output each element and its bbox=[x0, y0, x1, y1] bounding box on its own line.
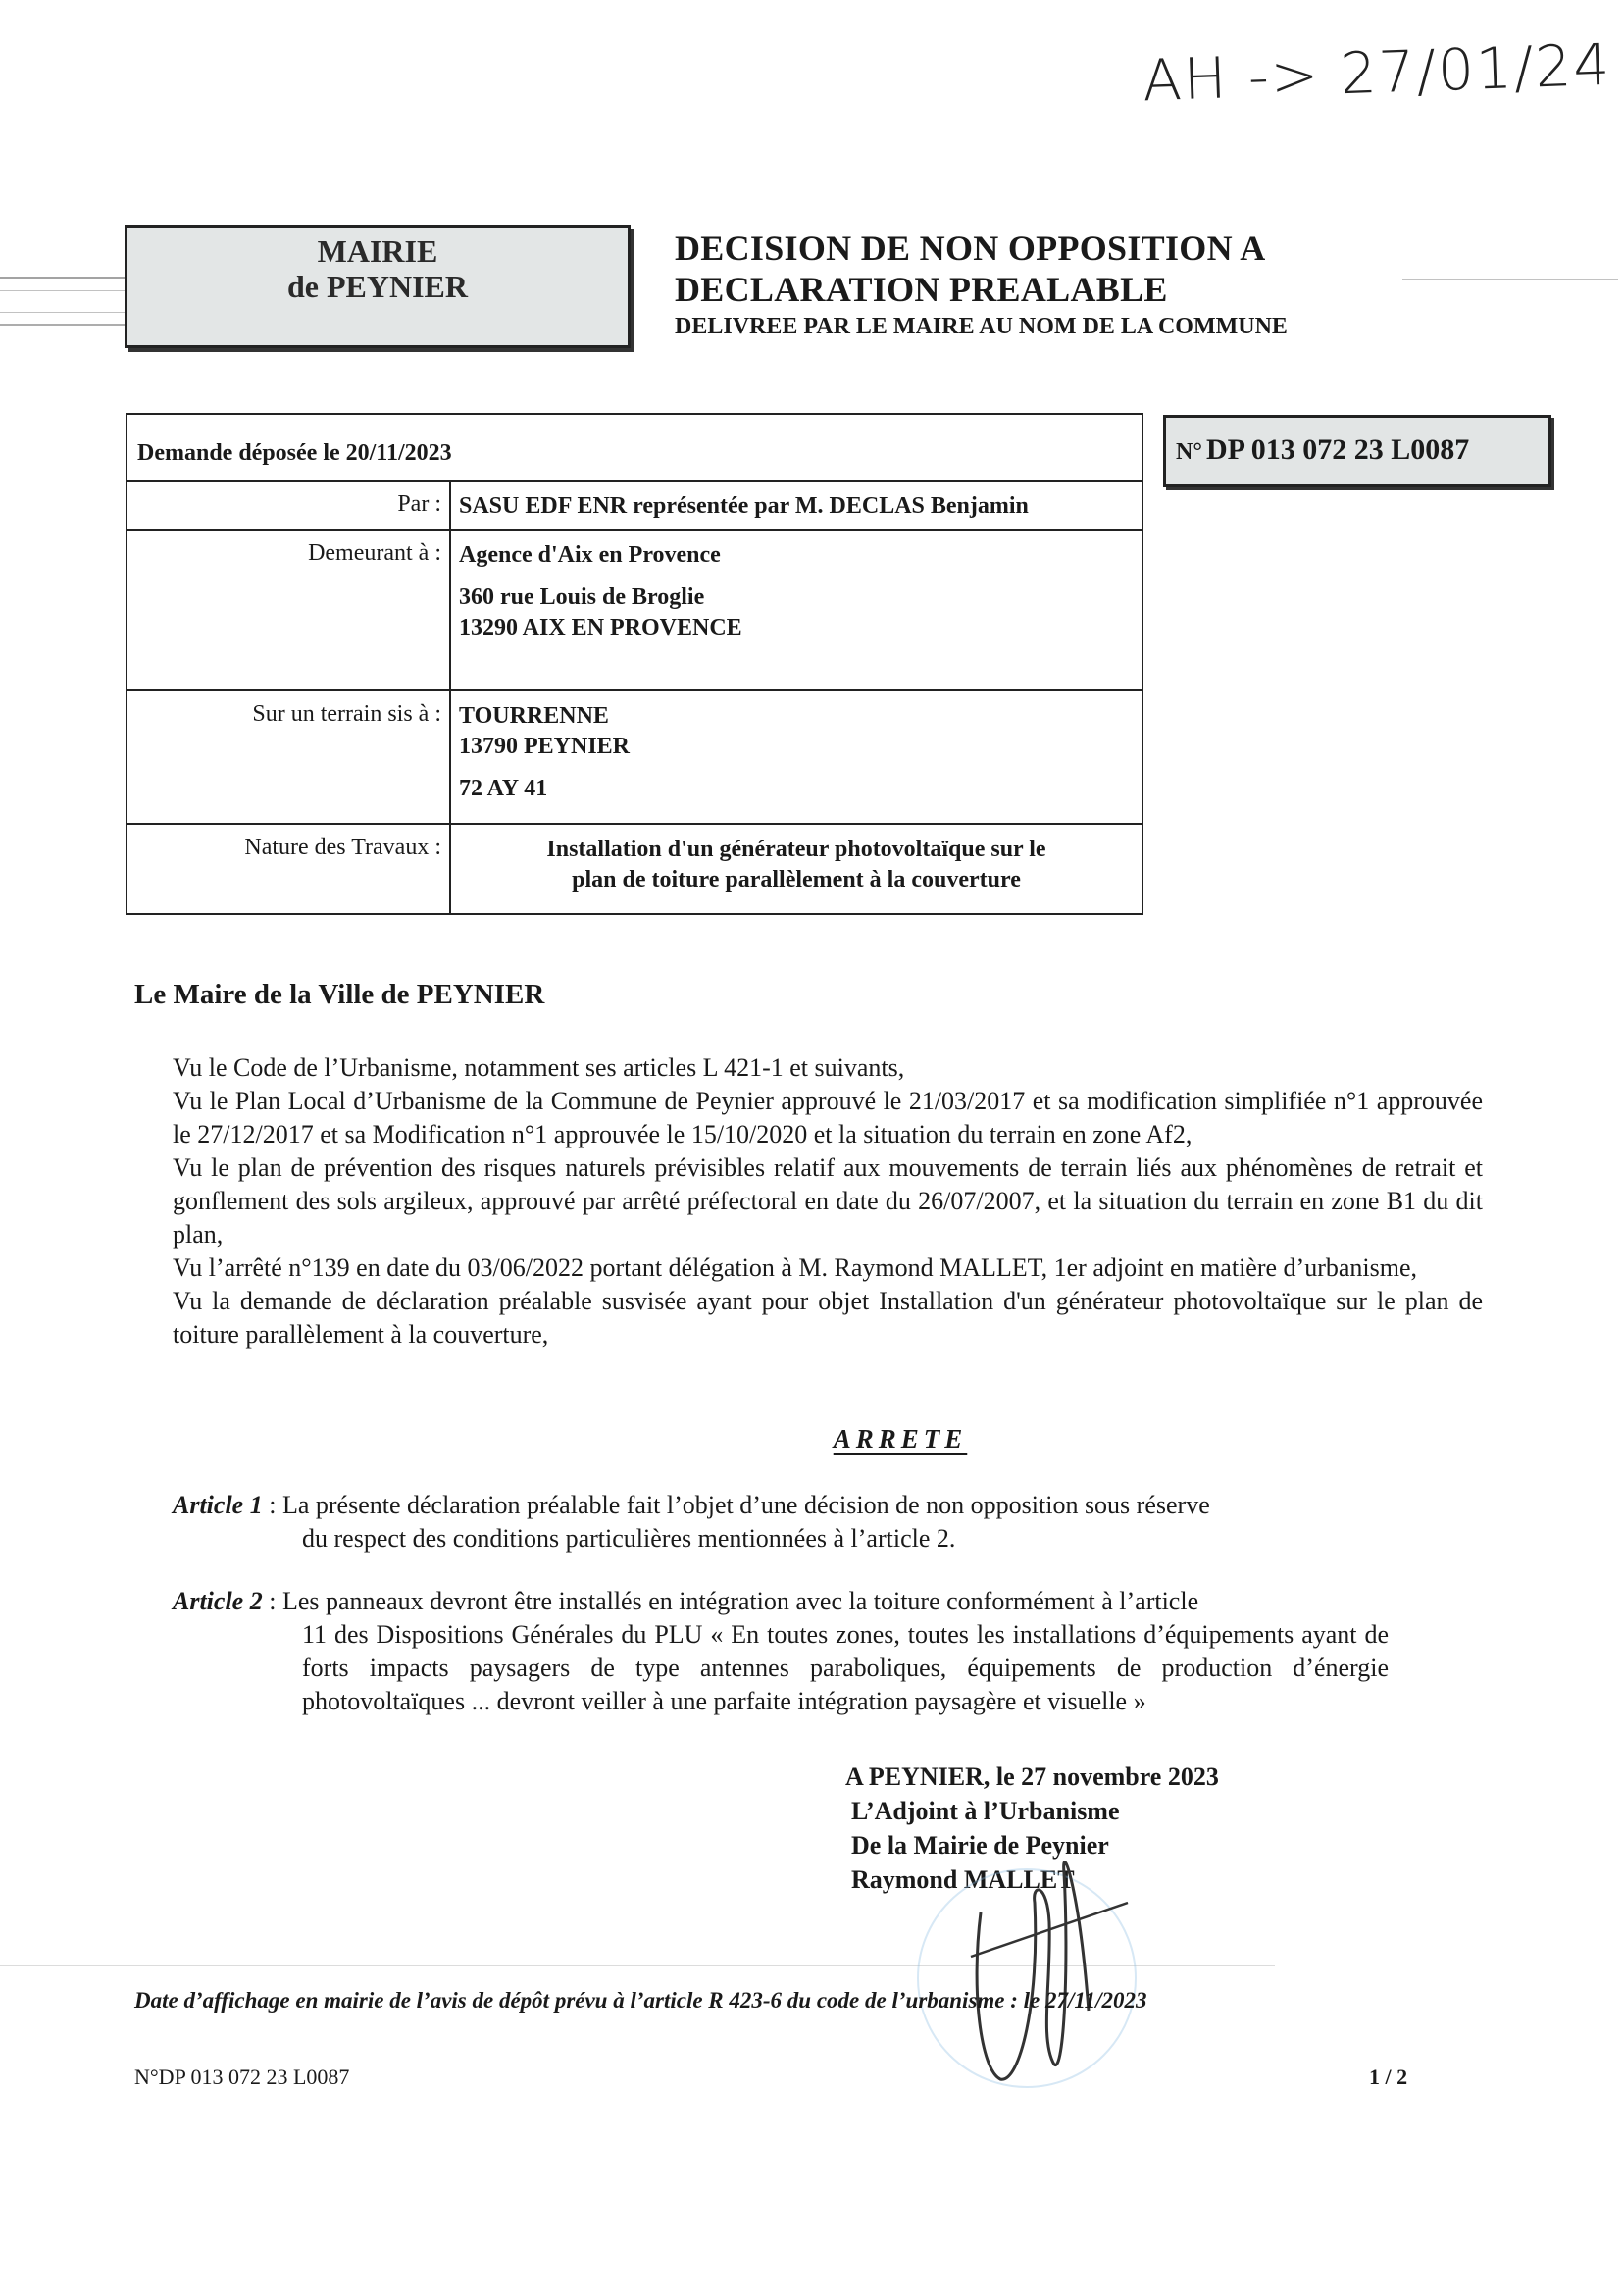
handwritten-signature-icon bbox=[941, 1844, 1138, 2099]
works-line: Installation d'un générateur photovoltaï… bbox=[459, 835, 1134, 865]
address-line: Agence d'Aix en Provence bbox=[459, 540, 1134, 571]
document-title-line1: DECISION DE NON OPPOSITION A bbox=[675, 228, 1288, 269]
applicant: SASU EDF ENR représentée par M. DECLAS B… bbox=[459, 491, 1134, 522]
article-text: La présente déclaration préalable fait l… bbox=[282, 1491, 1210, 1519]
dp-prefix: N° bbox=[1176, 439, 1202, 465]
article-label: Article 2 bbox=[173, 1587, 263, 1615]
row-value-terrain: TOURRENNE 13790 PEYNIER 72 AY 41 bbox=[450, 690, 1142, 824]
row-label-nature: Nature des Travaux : bbox=[127, 824, 450, 914]
works-line: plan de toiture parallèlement à la couve… bbox=[459, 865, 1134, 895]
article-1: Article 1 : La présente déclaration préa… bbox=[173, 1489, 1389, 1555]
row-value-demeurant: Agence d'Aix en Provence 360 rue Louis d… bbox=[450, 530, 1142, 690]
document-subtitle: DELIVREE PAR LE MAIRE AU NOM DE LA COMMU… bbox=[675, 310, 1288, 343]
table-row: Nature des Travaux : Installation d'un g… bbox=[127, 824, 1142, 914]
mairie-label: MAIRIE bbox=[127, 233, 628, 269]
considerations: Vu le Code de l’Urbanisme, notamment ses… bbox=[173, 1051, 1483, 1351]
arrete-label: ARRETE bbox=[657, 1424, 968, 1453]
row-label-demeurant: Demeurant à : bbox=[127, 530, 450, 690]
dp-number: DP 013 072 23 L0087 bbox=[1206, 433, 1469, 466]
table-row: Sur un terrain sis à : TOURRENNE 13790 P… bbox=[127, 690, 1142, 824]
row-value-par: SASU EDF ENR représentée par M. DECLAS B… bbox=[450, 481, 1142, 530]
article-text: du respect des conditions particulières … bbox=[173, 1522, 1389, 1555]
terrain-line: TOURRENNE bbox=[459, 701, 1134, 732]
article-text: Les panneaux devront être installés en i… bbox=[282, 1587, 1198, 1615]
footer-reference: N°DP 013 072 23 L0087 bbox=[134, 2065, 349, 2090]
consideration: Vu le Code de l’Urbanisme, notamment ses… bbox=[173, 1051, 1483, 1085]
row-label-par: Par : bbox=[127, 481, 450, 530]
article-label: Article 1 bbox=[173, 1491, 263, 1519]
terrain-line: 13790 PEYNIER bbox=[459, 732, 1134, 762]
article-text: 11 des Dispositions Générales du PLU « E… bbox=[173, 1618, 1389, 1718]
arrete-heading: ARRETE bbox=[0, 1424, 1624, 1454]
address-line: 360 rue Louis de Broglie bbox=[459, 583, 1134, 613]
document-title-line2: DECLARATION PREALABLE bbox=[675, 269, 1288, 310]
consideration: Vu l’arrêté n°139 en date du 03/06/2022 … bbox=[173, 1251, 1483, 1285]
article-2: Article 2 : Les panneaux devront être in… bbox=[173, 1585, 1389, 1718]
signatory-role: L’Adjoint à l’Urbanisme bbox=[851, 1794, 1219, 1828]
authority-heading: Le Maire de la Ville de PEYNIER bbox=[134, 979, 544, 1011]
parcel-reference: 72 AY 41 bbox=[459, 774, 1134, 804]
deposit-date: Demande déposée le 20/11/2023 bbox=[127, 414, 1142, 481]
consideration: Vu le plan de prévention des risques nat… bbox=[173, 1151, 1483, 1251]
posting-date-note: Date d’affichage en mairie de l’avis de … bbox=[134, 1988, 1147, 2014]
place-date: A PEYNIER, le 27 novembre 2023 bbox=[845, 1759, 1219, 1794]
table-row: Par : SASU EDF ENR représentée par M. DE… bbox=[127, 481, 1142, 530]
table-row: Demeurant à : Agence d'Aix en Provence 3… bbox=[127, 530, 1142, 690]
address-line: 13290 AIX EN PROVENCE bbox=[459, 613, 1134, 643]
dp-number-box: N° DP 013 072 23 L0087 bbox=[1163, 415, 1551, 487]
consideration: Vu le Plan Local d’Urbanisme de la Commu… bbox=[173, 1085, 1483, 1151]
row-value-nature: Installation d'un générateur photovoltaï… bbox=[450, 824, 1142, 914]
consideration: Vu la demande de déclaration préalable s… bbox=[173, 1285, 1483, 1351]
page-number: 1 / 2 bbox=[1369, 2065, 1407, 2090]
mairie-header-box: MAIRIE de PEYNIER bbox=[125, 225, 631, 348]
document-title-block: DECISION DE NON OPPOSITION A DECLARATION… bbox=[675, 228, 1288, 343]
scan-artifact-line bbox=[1402, 279, 1618, 280]
mairie-commune: de PEYNIER bbox=[127, 269, 628, 304]
request-info-table: Demande déposée le 20/11/2023 Par : SASU… bbox=[126, 413, 1143, 915]
row-label-terrain: Sur un terrain sis à : bbox=[127, 690, 450, 824]
handwritten-annotation: AH -> 27/01/24 bbox=[1142, 31, 1612, 115]
